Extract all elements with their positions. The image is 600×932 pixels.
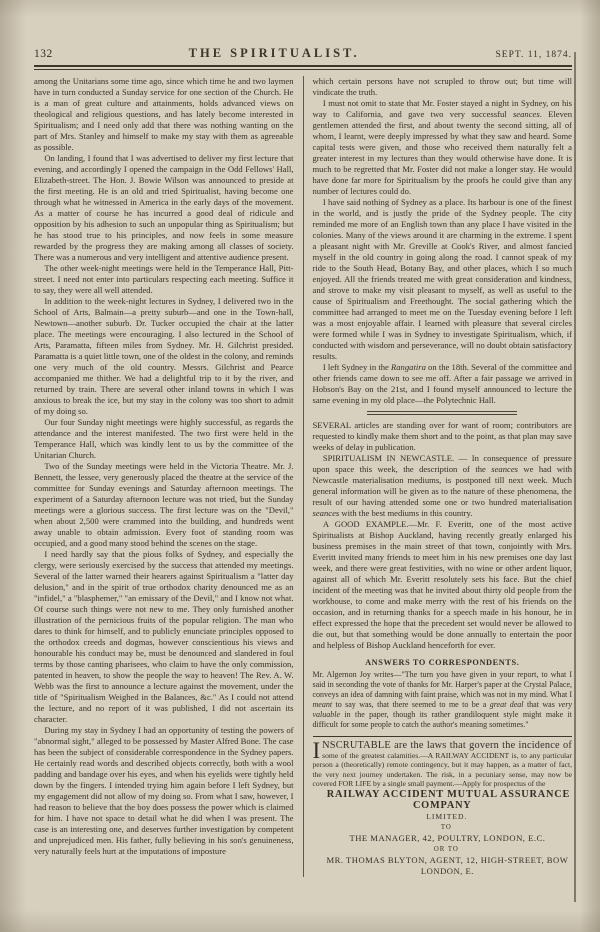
article-paragraph: During my stay in Sydney I had an opport… (34, 725, 294, 857)
header-double-rule (34, 65, 572, 70)
article-paragraph: Two of the Sunday meetings were held in … (34, 461, 294, 549)
masthead-title: THE SPIRITUALIST. (189, 46, 360, 61)
advert-manager-address: THE MANAGER, 42, POULTRY, LONDON, E.C. (313, 833, 573, 844)
advert-agent-address: MR. THOMAS BLYTON, AGENT, 12, HIGH-STREE… (313, 855, 573, 866)
advert-intro: INSCRUTABLE are the laws that govern the… (313, 741, 573, 789)
page-edge-rule (574, 52, 576, 902)
article-columns: among the Unitarians some time ago, sinc… (34, 76, 572, 877)
news-notes: SEVERAL articles are standing over for w… (313, 420, 573, 651)
printed-area: 132 THE SPIRITUALIST. SEPT. 11, 1874. am… (34, 0, 572, 932)
left-column-article: among the Unitarians some time ago, sinc… (34, 76, 294, 857)
newspaper-page: 132 THE SPIRITUALIST. SEPT. 11, 1874. am… (0, 0, 600, 932)
article-paragraph: The other week-night meetings were held … (34, 263, 294, 296)
answers-section: Mr. Algernon Joy writes—"The turn you ha… (313, 670, 573, 730)
article-paragraph: among the Unitarians some time ago, sinc… (34, 76, 294, 153)
page-number: 132 (34, 48, 53, 60)
note-paragraph: SPIRITUALISM IN NEWCASTLE. — In conseque… (313, 453, 573, 519)
left-column: among the Unitarians some time ago, sinc… (34, 76, 303, 877)
note-paragraph: SEVERAL articles are standing over for w… (313, 420, 573, 453)
advert-company-name: RAILWAY ACCIDENT MUTUAL ASSURANCE COMPAN… (313, 789, 573, 811)
article-paragraph: On landing, I found that I was advertise… (34, 153, 294, 263)
answers-heading: ANSWERS TO CORRESPONDENTS. (313, 657, 573, 668)
article-paragraph: I left Sydney in the Rangatira on the 18… (313, 362, 573, 406)
advert-dropcap: I (313, 741, 323, 760)
advert-agent-address-2: LONDON, E. (313, 866, 573, 877)
section-end-rule (367, 411, 517, 415)
advert-body-text: some of the greatest calamities.—A RAILW… (313, 751, 573, 789)
note-paragraph: A GOOD EXAMPLE.—Mr. F. Everitt, one of t… (313, 519, 573, 651)
article-paragraph: In addition to the week-night lectures i… (34, 296, 294, 417)
issue-date: SEPT. 11, 1874. (495, 50, 572, 60)
advert-to-label: TO (313, 822, 573, 833)
advert-or-to-label: OR TO (313, 844, 573, 855)
article-paragraph: I have said nothing of Sydney as a place… (313, 197, 573, 362)
article-paragraph: Our four Sunday night meetings were high… (34, 417, 294, 461)
article-continuation: which certain persons have not scrupled … (313, 76, 573, 406)
answers-paragraph: Mr. Algernon Joy writes—"The turn you ha… (313, 670, 573, 730)
advert-top-rule (313, 736, 573, 737)
right-column: which certain persons have not scrupled … (304, 76, 573, 877)
advert-lead-line: NSCRUTABLE are the laws that govern the … (322, 740, 572, 751)
advert-limited-label: LIMITED. (313, 811, 573, 822)
article-paragraph: which certain persons have not scrupled … (313, 76, 573, 98)
railway-assurance-advert: INSCRUTABLE are the laws that govern the… (313, 741, 573, 877)
page-header: 132 THE SPIRITUALIST. SEPT. 11, 1874. (34, 46, 572, 61)
article-paragraph: I need hardly say that the pious folks o… (34, 549, 294, 725)
article-paragraph: I must not omit to state that Mr. Foster… (313, 98, 573, 197)
